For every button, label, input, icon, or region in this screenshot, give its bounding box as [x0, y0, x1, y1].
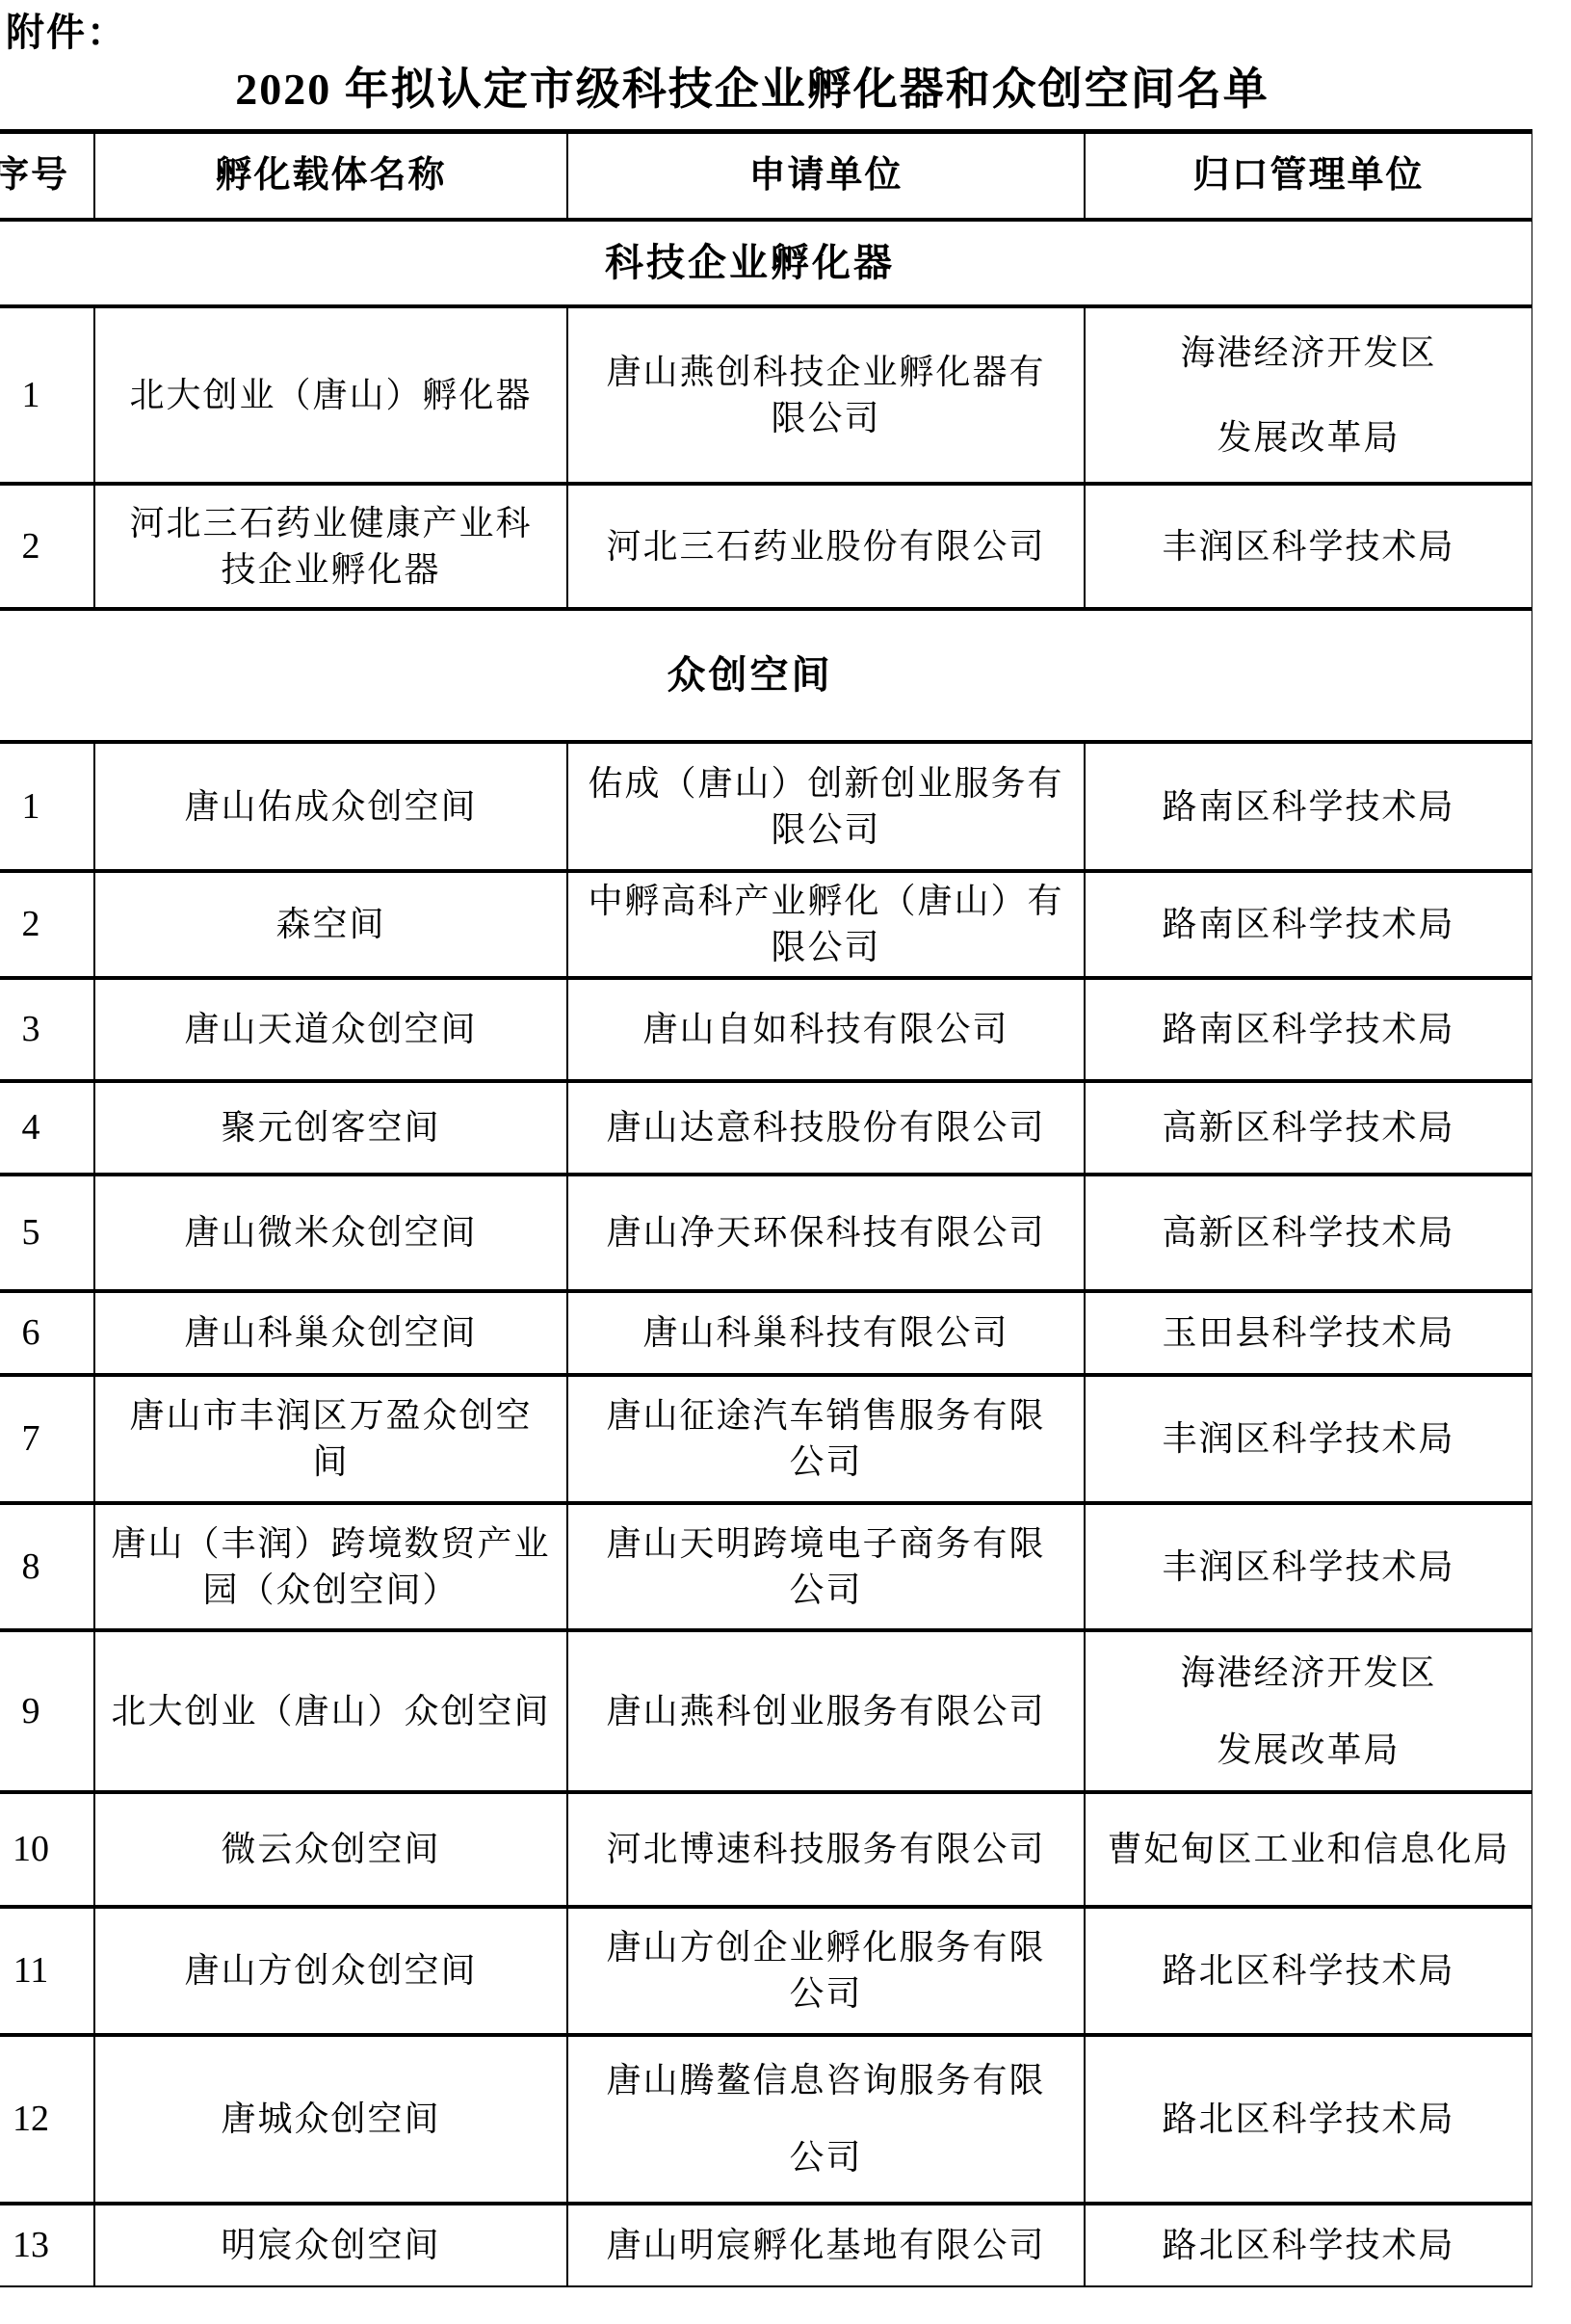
table-header-row: 序号 孵化载体名称 申请单位 归口管理单位: [0, 132, 1532, 220]
cell-department: 路南区科学技术局: [1085, 978, 1532, 1081]
table-row: 1 北大创业（唐山）孵化器 唐山燕创科技企业孵化器有 限公司 海港经济开发区 发…: [0, 306, 1532, 484]
cell-applicant: 唐山科巢科技有限公司: [567, 1291, 1085, 1375]
cell-name: 微云众创空间: [94, 1792, 567, 1907]
cell-name: 唐山微米众创空间: [94, 1175, 567, 1291]
cell-index: 2: [0, 871, 94, 978]
cell-applicant: 中孵高科产业孵化（唐山）有 限公司: [567, 871, 1085, 978]
page-title: 2020 年拟认定市级科技企业孵化器和众创空间名单: [0, 54, 1505, 118]
document-page: 附件： 2020 年拟认定市级科技企业孵化器和众创空间名单 序号 孵化载体名称 …: [0, 0, 1571, 2324]
header-department: 归口管理单位: [1085, 132, 1532, 220]
cell-department: 海港经济开发区 发展改革局: [1085, 1630, 1532, 1792]
table-row: 6 唐山科巢众创空间 唐山科巢科技有限公司 玉田县科学技术局: [0, 1291, 1532, 1375]
cell-applicant: 唐山征途汽车销售服务有限 公司: [567, 1375, 1085, 1503]
table-row: 10 微云众创空间 河北博速科技服务有限公司 曹妃甸区工业和信息化局: [0, 1792, 1532, 1907]
cell-name: 唐城众创空间: [94, 2035, 567, 2204]
cell-department: 路南区科学技术局: [1085, 742, 1532, 871]
cell-name: 唐山市丰润区万盈众创空 间: [94, 1375, 567, 1503]
cell-department: 丰润区科学技术局: [1085, 1503, 1532, 1630]
cell-index: 9: [0, 1630, 94, 1792]
cell-applicant: 唐山自如科技有限公司: [567, 978, 1085, 1081]
cell-name: 明宸众创空间: [94, 2204, 567, 2288]
cell-name: 河北三石药业健康产业科 技企业孵化器: [94, 484, 567, 609]
table-row: 2 森空间 中孵高科产业孵化（唐山）有 限公司 路南区科学技术局: [0, 871, 1532, 978]
cell-department: 路北区科学技术局: [1085, 2204, 1532, 2288]
cell-index: 7: [0, 1375, 94, 1503]
cell-name: 唐山科巢众创空间: [94, 1291, 567, 1375]
cell-applicant: 河北博速科技服务有限公司: [567, 1792, 1085, 1907]
cell-department: 曹妃甸区工业和信息化局: [1085, 1792, 1532, 1907]
cell-applicant: 唐山腾鳌信息咨询服务有限 公司: [567, 2035, 1085, 2204]
table-clip-region: 序号 孵化载体名称 申请单位 归口管理单位 科技企业孵化器 1 北大创业（唐山）…: [0, 129, 1532, 2287]
table-row: 9 北大创业（唐山）众创空间 唐山燕科创业服务有限公司 海港经济开发区 发展改革…: [0, 1630, 1532, 1792]
section-row-makerspaces: 众创空间: [0, 609, 1532, 742]
cell-applicant: 河北三石药业股份有限公司: [567, 484, 1085, 609]
cell-applicant: 佑成（唐山）创新创业服务有 限公司: [567, 742, 1085, 871]
cell-department: 丰润区科学技术局: [1085, 1375, 1532, 1503]
header-index: 序号: [0, 132, 94, 220]
cell-department: 路北区科学技术局: [1085, 1907, 1532, 2035]
incubator-table: 序号 孵化载体名称 申请单位 归口管理单位 科技企业孵化器 1 北大创业（唐山）…: [0, 129, 1532, 2287]
header-applicant: 申请单位: [567, 132, 1085, 220]
table-row: 11 唐山方创众创空间 唐山方创企业孵化服务有限 公司 路北区科学技术局: [0, 1907, 1532, 2035]
cell-name: 北大创业（唐山）孵化器: [94, 306, 567, 484]
cell-index: 11: [0, 1907, 94, 2035]
table-row: 13 明宸众创空间 唐山明宸孵化基地有限公司 路北区科学技术局: [0, 2204, 1532, 2288]
table-row: 12 唐城众创空间 唐山腾鳌信息咨询服务有限 公司 路北区科学技术局: [0, 2035, 1532, 2204]
cell-name: 唐山天道众创空间: [94, 978, 567, 1081]
cell-index: 1: [0, 742, 94, 871]
table-row: 5 唐山微米众创空间 唐山净天环保科技有限公司 高新区科学技术局: [0, 1175, 1532, 1291]
cell-index: 5: [0, 1175, 94, 1291]
table-row: 4 聚元创客空间 唐山达意科技股份有限公司 高新区科学技术局: [0, 1081, 1532, 1175]
cell-index: 1: [0, 306, 94, 484]
table-row: 3 唐山天道众创空间 唐山自如科技有限公司 路南区科学技术局: [0, 978, 1532, 1081]
cell-department: 海港经济开发区 发展改革局: [1085, 306, 1532, 484]
section-row-incubators: 科技企业孵化器: [0, 220, 1532, 306]
cell-department: 玉田县科学技术局: [1085, 1291, 1532, 1375]
cell-index: 6: [0, 1291, 94, 1375]
section-label-makerspaces: 众创空间: [0, 609, 1532, 742]
cell-applicant: 唐山天明跨境电子商务有限 公司: [567, 1503, 1085, 1630]
cell-applicant: 唐山燕创科技企业孵化器有 限公司: [567, 306, 1085, 484]
cell-index: 13: [0, 2204, 94, 2288]
cell-applicant: 唐山净天环保科技有限公司: [567, 1175, 1085, 1291]
cell-department: 路北区科学技术局: [1085, 2035, 1532, 2204]
cell-applicant: 唐山燕科创业服务有限公司: [567, 1630, 1085, 1792]
cell-index: 12: [0, 2035, 94, 2204]
cell-name: 唐山佑成众创空间: [94, 742, 567, 871]
cell-department: 丰润区科学技术局: [1085, 484, 1532, 609]
table-row: 1 唐山佑成众创空间 佑成（唐山）创新创业服务有 限公司 路南区科学技术局: [0, 742, 1532, 871]
cell-name: 北大创业（唐山）众创空间: [94, 1630, 567, 1792]
table-row: 2 河北三石药业健康产业科 技企业孵化器 河北三石药业股份有限公司 丰润区科学技…: [0, 484, 1532, 609]
cell-department: 路南区科学技术局: [1085, 871, 1532, 978]
cell-applicant: 唐山明宸孵化基地有限公司: [567, 2204, 1085, 2288]
cell-department: 高新区科学技术局: [1085, 1175, 1532, 1291]
cell-applicant: 唐山达意科技股份有限公司: [567, 1081, 1085, 1175]
cell-index: 8: [0, 1503, 94, 1630]
table-row: 8 唐山（丰润）跨境数贸产业 园（众创空间） 唐山天明跨境电子商务有限 公司 丰…: [0, 1503, 1532, 1630]
cell-name: 聚元创客空间: [94, 1081, 567, 1175]
section-label-incubators: 科技企业孵化器: [0, 220, 1532, 306]
cell-applicant: 唐山方创企业孵化服务有限 公司: [567, 1907, 1085, 2035]
attachment-label: 附件：: [6, 2, 127, 57]
cell-name: 唐山方创众创空间: [94, 1907, 567, 2035]
cell-index: 3: [0, 978, 94, 1081]
header-name: 孵化载体名称: [94, 132, 567, 220]
cell-department: 高新区科学技术局: [1085, 1081, 1532, 1175]
table-row: 7 唐山市丰润区万盈众创空 间 唐山征途汽车销售服务有限 公司 丰润区科学技术局: [0, 1375, 1532, 1503]
cell-index: 10: [0, 1792, 94, 1907]
cell-name: 唐山（丰润）跨境数贸产业 园（众创空间）: [94, 1503, 567, 1630]
cell-name: 森空间: [94, 871, 567, 978]
cell-index: 2: [0, 484, 94, 609]
cell-index: 4: [0, 1081, 94, 1175]
